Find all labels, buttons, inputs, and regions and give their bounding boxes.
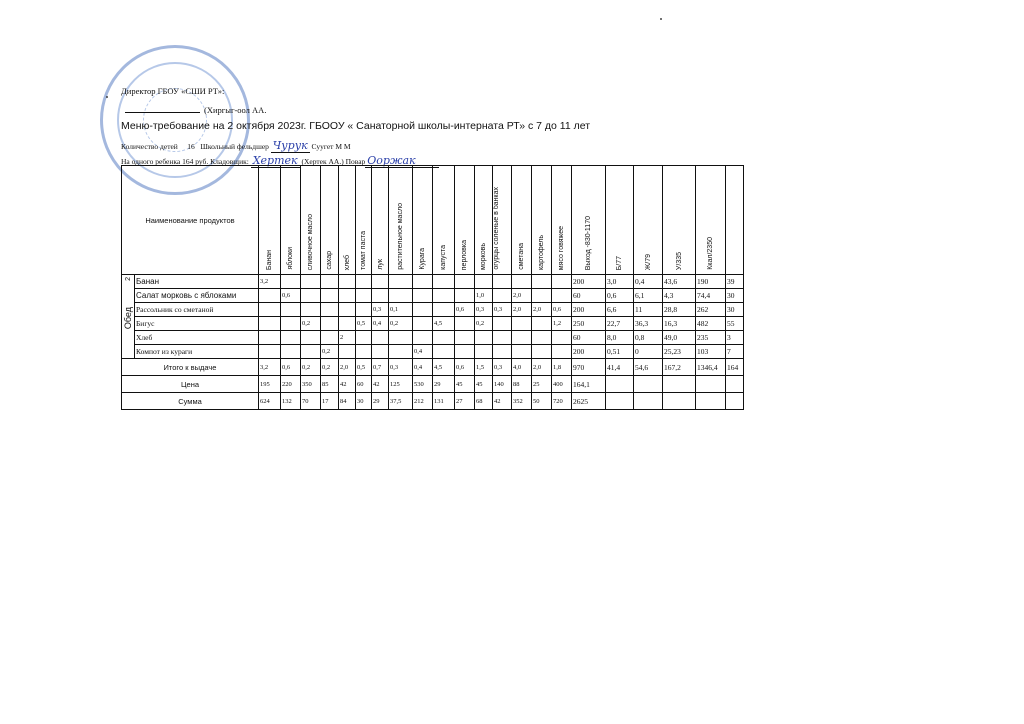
cell: 60 [572, 289, 606, 303]
totals-row: Итого к выдаче3,20,60,20,22,00,50,70,30,… [122, 359, 744, 376]
cell: 11 [634, 303, 663, 317]
cell [372, 289, 389, 303]
cell: 85 [321, 376, 339, 393]
cell: 235 [696, 331, 726, 345]
cell [321, 331, 339, 345]
column-header: растительное масло [389, 166, 413, 275]
cell: 0 [634, 345, 663, 359]
cell: 0,8 [634, 331, 663, 345]
medic-name: Суугет М М [312, 142, 351, 151]
cell [259, 331, 281, 345]
cell [532, 317, 552, 331]
meal-number: 2 [125, 277, 132, 281]
column-header: Банан [259, 166, 281, 275]
cell [389, 331, 413, 345]
column-header: капуста [433, 166, 455, 275]
cell [455, 275, 475, 289]
cell: 250 [572, 317, 606, 331]
cell: 0,6 [281, 289, 301, 303]
cell: 30 [726, 289, 744, 303]
cell [455, 345, 475, 359]
cell [389, 289, 413, 303]
totals-label: Сумма [122, 393, 259, 410]
cell [552, 275, 572, 289]
cell [455, 317, 475, 331]
cell: 2,0 [512, 289, 532, 303]
cell [552, 331, 572, 345]
cell: 28,8 [663, 303, 696, 317]
cell: 200 [572, 303, 606, 317]
signature-blank [125, 112, 200, 113]
column-header: картофель [532, 166, 552, 275]
cell: 1,0 [475, 289, 493, 303]
cell [301, 275, 321, 289]
cell: 17 [321, 393, 339, 410]
cell: 0,3 [475, 303, 493, 317]
cell [493, 331, 512, 345]
cell: 190 [696, 275, 726, 289]
cell: 0,6 [281, 359, 301, 376]
cell [532, 289, 552, 303]
cell [663, 376, 696, 393]
cell: 0,6 [455, 303, 475, 317]
cell [634, 393, 663, 410]
cell [259, 345, 281, 359]
cell: 8,0 [606, 331, 634, 345]
cell: 42 [372, 376, 389, 393]
column-header: лук [372, 166, 389, 275]
column-header: перловка [455, 166, 475, 275]
cell: 3 [726, 331, 744, 345]
cell [281, 303, 301, 317]
cell [512, 345, 532, 359]
cell [389, 275, 413, 289]
meal-label: Обед [123, 307, 133, 329]
cell: 352 [512, 393, 532, 410]
cell [356, 303, 372, 317]
cell [606, 376, 634, 393]
cell: 0,4 [413, 345, 433, 359]
cell: 0,3 [372, 303, 389, 317]
cell: 68 [475, 393, 493, 410]
cell [413, 331, 433, 345]
cell: 41,4 [606, 359, 634, 376]
cell [356, 275, 372, 289]
cell [413, 289, 433, 303]
cell [475, 275, 493, 289]
scan-speck [660, 18, 662, 20]
cell [281, 275, 301, 289]
cell: 0,3 [493, 303, 512, 317]
cell: 140 [493, 376, 512, 393]
cell: 27 [455, 393, 475, 410]
cell: 4,5 [433, 359, 455, 376]
dish-row: Компот из кураги0,20,42000,51025,231037 [122, 345, 744, 359]
cell [281, 331, 301, 345]
cell: 42 [339, 376, 356, 393]
cell: 2,0 [532, 359, 552, 376]
cell [433, 345, 455, 359]
cell [372, 275, 389, 289]
cell: 25,23 [663, 345, 696, 359]
cell: 4,5 [433, 317, 455, 331]
cell [493, 289, 512, 303]
cell: 132 [281, 393, 301, 410]
cell: 6,6 [606, 303, 634, 317]
menu-requirement-table: Наименование продуктов Банан яблоки слив… [121, 165, 744, 410]
medic-label: Школьный фельдшер [200, 142, 269, 151]
column-header: Курага [413, 166, 433, 275]
cell [726, 393, 744, 410]
cell [356, 345, 372, 359]
cell: 55 [726, 317, 744, 331]
column-header: Выход -830-1170 [572, 166, 606, 275]
totals-row: Сумма624132701784302937,5212131276842352… [122, 393, 744, 410]
cell: 60 [356, 376, 372, 393]
cell: 0,51 [606, 345, 634, 359]
cell [493, 317, 512, 331]
cell [339, 345, 356, 359]
cell [726, 376, 744, 393]
cell: 400 [552, 376, 572, 393]
cell: 30 [726, 303, 744, 317]
column-header: Ж/79 [634, 166, 663, 275]
cell [475, 345, 493, 359]
cell: 50 [532, 393, 552, 410]
cell: 103 [696, 345, 726, 359]
totals-label: Цена [122, 376, 259, 393]
cell [475, 331, 493, 345]
cell [512, 331, 532, 345]
cell: 1,5 [475, 359, 493, 376]
cell [339, 275, 356, 289]
cell: 0,3 [389, 359, 413, 376]
dish-name: Рассольник со сметаной [135, 303, 259, 317]
cell: 0,2 [389, 317, 413, 331]
cell [532, 345, 552, 359]
cell: 0,4 [413, 359, 433, 376]
cell [372, 345, 389, 359]
cell [413, 317, 433, 331]
cell: 0,1 [389, 303, 413, 317]
cell [512, 275, 532, 289]
cell: 60 [572, 331, 606, 345]
column-header: морковь [475, 166, 493, 275]
cell [433, 289, 455, 303]
cell [493, 275, 512, 289]
cell [281, 345, 301, 359]
director-line: Директор ГБОУ «СШИ РТ»: [121, 86, 224, 96]
cell: 36,3 [634, 317, 663, 331]
cell [339, 289, 356, 303]
kids-count: 16 [187, 142, 195, 151]
document-title: Меню-требование на 2 октября 2023г. ГБОО… [121, 120, 590, 132]
cell: 4,3 [663, 289, 696, 303]
cell: 6,1 [634, 289, 663, 303]
cell [301, 345, 321, 359]
column-header: томат паста [356, 166, 372, 275]
dish-name: Компот из кураги [135, 345, 259, 359]
cell: 0,4 [634, 275, 663, 289]
dish-name: Хлеб [135, 331, 259, 345]
column-header [726, 166, 744, 275]
cell [339, 317, 356, 331]
cell [259, 289, 281, 303]
cell [281, 317, 301, 331]
column-header: мясо говяжее [552, 166, 572, 275]
column-header: сливочное масло [301, 166, 321, 275]
cell [433, 303, 455, 317]
cell: 0,7 [372, 359, 389, 376]
cell [356, 289, 372, 303]
dish-row: Бигус0,20,50,40,24,50,21,225022,736,316,… [122, 317, 744, 331]
cell [413, 275, 433, 289]
cell [532, 331, 552, 345]
column-header: яблоки [281, 166, 301, 275]
cell [455, 289, 475, 303]
cell [321, 317, 339, 331]
column-header: сахар [321, 166, 339, 275]
cell: 88 [512, 376, 532, 393]
cell: 43,6 [663, 275, 696, 289]
totals-row: Цена195220350854260421255302945451408825… [122, 376, 744, 393]
cell: 970 [572, 359, 606, 376]
cell: 195 [259, 376, 281, 393]
cell: 530 [413, 376, 433, 393]
scan-speck [106, 96, 108, 98]
cell: 0,2 [301, 317, 321, 331]
cell: 22,7 [606, 317, 634, 331]
dish-row: Рассольник со сметаной0,30,10,60,30,32,0… [122, 303, 744, 317]
cell: 0,2 [301, 359, 321, 376]
cell [321, 303, 339, 317]
cell: 30 [356, 393, 372, 410]
cell: 1,2 [552, 317, 572, 331]
cell [433, 331, 455, 345]
cell: 2,0 [339, 359, 356, 376]
cell: 720 [552, 393, 572, 410]
totals-label: Итого к выдаче [122, 359, 259, 376]
cell: 7 [726, 345, 744, 359]
cell: 200 [572, 345, 606, 359]
kids-label: Количество детей [121, 142, 178, 151]
cell [696, 393, 726, 410]
cell: 25 [532, 376, 552, 393]
column-header: огурцы соленые в банках [493, 166, 512, 275]
cell [321, 275, 339, 289]
cell: 220 [281, 376, 301, 393]
cell: 74,4 [696, 289, 726, 303]
meal-label-cell: 2Обед [122, 275, 135, 359]
cell: 2,0 [512, 303, 532, 317]
dish-row: 2ОбедБанан3,22003,00,443,619039 [122, 275, 744, 289]
cell [259, 317, 281, 331]
cell [493, 345, 512, 359]
cell: 0,2 [321, 345, 339, 359]
cell: 0,6 [552, 303, 572, 317]
cell: 3,2 [259, 359, 281, 376]
cell: 125 [389, 376, 413, 393]
cell [321, 289, 339, 303]
dish-row: Салат морковь с яблоками0,61,02,0600,66,… [122, 289, 744, 303]
cell [339, 303, 356, 317]
header-row: Наименование продуктов Банан яблоки слив… [122, 166, 744, 275]
cell [696, 376, 726, 393]
cell: 2,0 [532, 303, 552, 317]
cell: 167,2 [663, 359, 696, 376]
cell: 39 [726, 275, 744, 289]
cell: 212 [413, 393, 433, 410]
product-name-header: Наименование продуктов [122, 166, 259, 275]
cell [372, 331, 389, 345]
cell: 1346,4 [696, 359, 726, 376]
cell [301, 289, 321, 303]
cell [413, 303, 433, 317]
cell [301, 331, 321, 345]
cell: 29 [433, 376, 455, 393]
cell: 0,5 [356, 317, 372, 331]
cell: 49,0 [663, 331, 696, 345]
cell [663, 393, 696, 410]
cell: 0,4 [372, 317, 389, 331]
column-header: хлеб [339, 166, 356, 275]
cell: 29 [372, 393, 389, 410]
cell [389, 345, 413, 359]
dish-row: Хлеб2608,00,849,02353 [122, 331, 744, 345]
cell [532, 275, 552, 289]
cell: 42 [493, 393, 512, 410]
cell: 164 [726, 359, 744, 376]
cell: 54,6 [634, 359, 663, 376]
cell: 16,3 [663, 317, 696, 331]
cell: 350 [301, 376, 321, 393]
cell [552, 345, 572, 359]
director-name: (Хиргыг-оол АА. [204, 105, 266, 115]
dish-name: Бигус [135, 317, 259, 331]
cell: 84 [339, 393, 356, 410]
column-header: Б/77 [606, 166, 634, 275]
cell [512, 317, 532, 331]
cell: 3,2 [259, 275, 281, 289]
cell: 0,6 [606, 289, 634, 303]
cell: 262 [696, 303, 726, 317]
dish-name: Банан [135, 275, 259, 289]
cell: 200 [572, 275, 606, 289]
cell [301, 303, 321, 317]
cell [259, 303, 281, 317]
column-header: Ккал/2350 [696, 166, 726, 275]
kids-line: Количество детей 16 Школьный фельдшер Чу… [121, 139, 351, 153]
cell: 0,2 [321, 359, 339, 376]
column-header: У/335 [663, 166, 696, 275]
cell: 45 [455, 376, 475, 393]
cell: 0,3 [493, 359, 512, 376]
cell: 482 [696, 317, 726, 331]
dish-name: Салат морковь с яблоками [135, 289, 259, 303]
cell [433, 275, 455, 289]
cell [552, 289, 572, 303]
medic-signature: Чурук [271, 139, 310, 153]
cell: 4,0 [512, 359, 532, 376]
cell: 0,5 [356, 359, 372, 376]
cell: 1,8 [552, 359, 572, 376]
cell: 2625 [572, 393, 606, 410]
cell: 70 [301, 393, 321, 410]
cell: 37,5 [389, 393, 413, 410]
cell [606, 393, 634, 410]
cell [455, 331, 475, 345]
cell: 2 [339, 331, 356, 345]
cell: 0,2 [475, 317, 493, 331]
cell: 624 [259, 393, 281, 410]
cell [634, 376, 663, 393]
cell: 164,1 [572, 376, 606, 393]
column-header: сметана [512, 166, 532, 275]
cell: 131 [433, 393, 455, 410]
cell: 0,6 [455, 359, 475, 376]
cell: 3,0 [606, 275, 634, 289]
director-signature-line: (Хиргыг-оол АА. [125, 105, 266, 115]
cell [356, 331, 372, 345]
cell: 45 [475, 376, 493, 393]
